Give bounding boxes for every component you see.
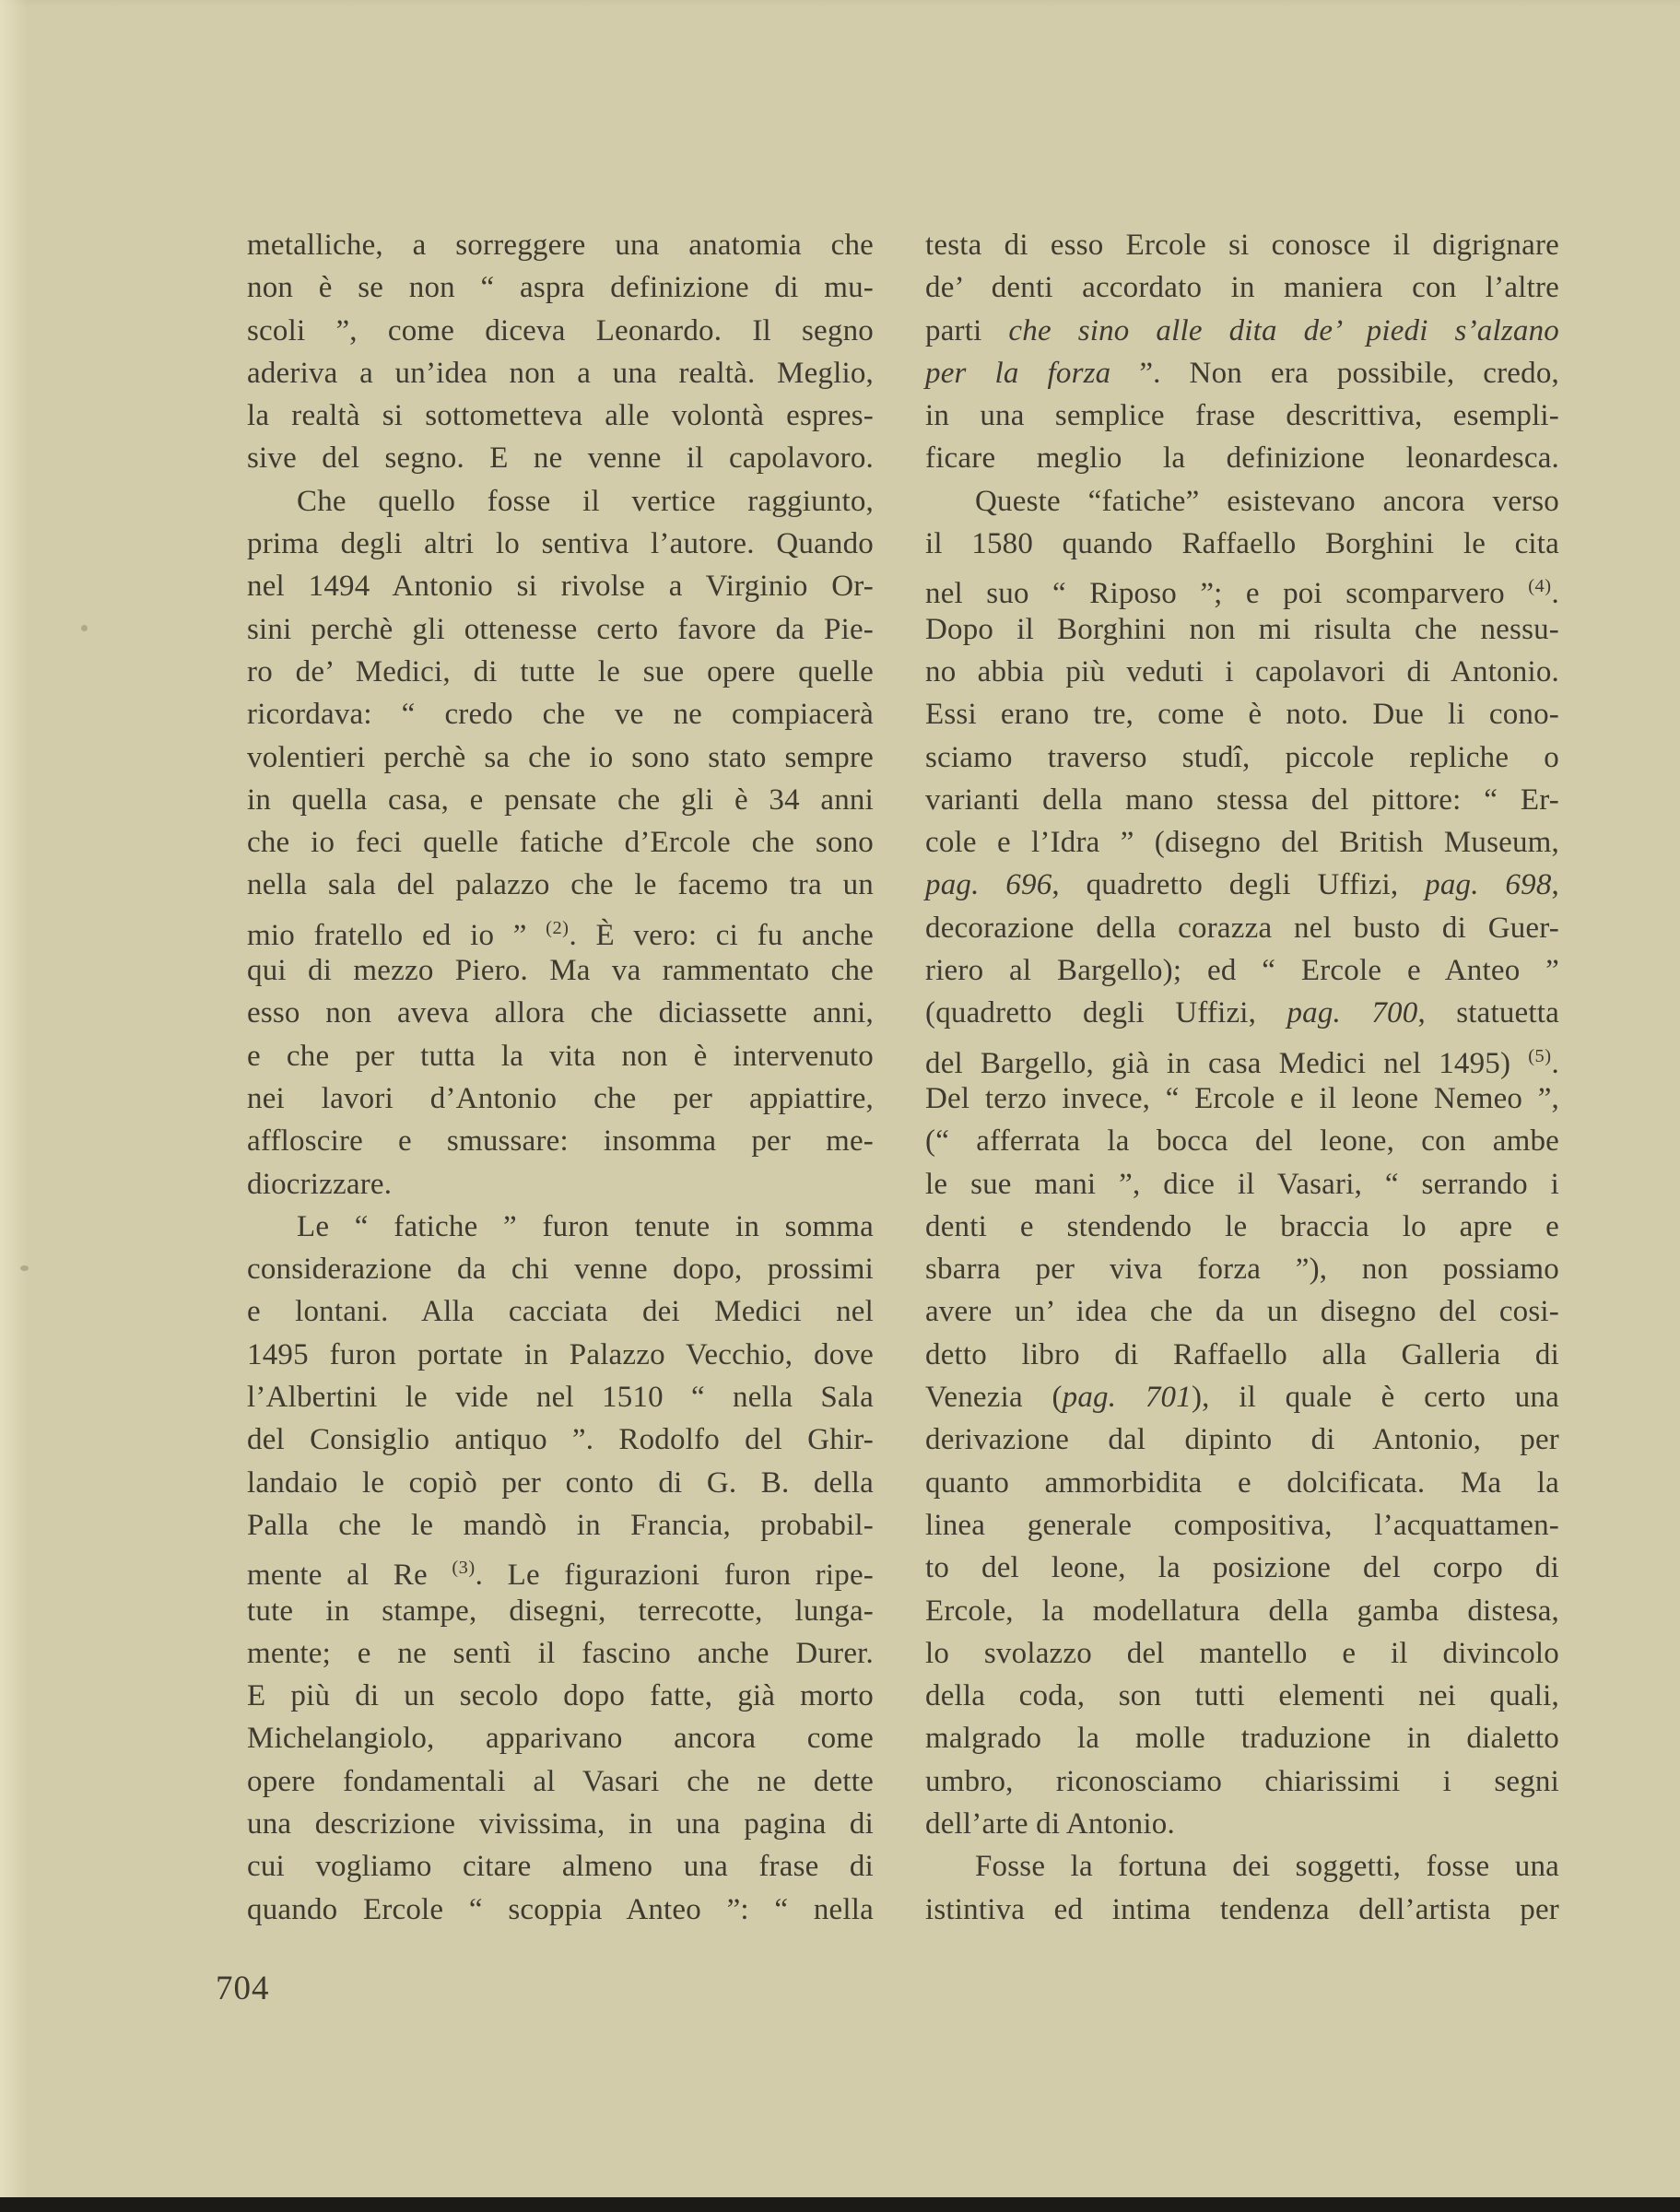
text-line: to del leone, la posizione del corpo di bbox=[925, 1547, 1559, 1589]
text-line: nella sala del palazzo che le facemo tra… bbox=[247, 864, 874, 906]
text-line: Dopo il Borghini non mi risulta che ness… bbox=[925, 608, 1559, 651]
text-line: che io feci quelle fatiche d’Ercole che … bbox=[247, 821, 874, 864]
text-line: prima degli altri lo sentiva l’autore. Q… bbox=[247, 523, 874, 565]
text-line: Del terzo invece, “ Ercole e il leone Ne… bbox=[925, 1077, 1559, 1120]
text-line: diocrizzare. bbox=[247, 1163, 874, 1206]
text-line: nel 1494 Antonio si rivolse a Virginio O… bbox=[247, 565, 874, 607]
text-line: e lontani. Alla cacciata dei Medici nel bbox=[247, 1290, 874, 1333]
text-line: mio fratello ed io ” (2). È vero: ci fu … bbox=[247, 907, 874, 949]
text-line: metalliche, a sorreggere una anatomia ch… bbox=[247, 224, 874, 266]
text-line: nei lavori d’Antonio che per appiattire, bbox=[247, 1077, 874, 1120]
text-line: Fosse la fortuna dei soggetti, fosse una bbox=[925, 1845, 1559, 1888]
book-page: metalliche, a sorreggere una anatomia ch… bbox=[0, 0, 1680, 2212]
text-line: esso non aveva allora che diciassette an… bbox=[247, 992, 874, 1034]
text-line: dell’arte di Antonio. bbox=[925, 1803, 1559, 1845]
text-line: Le “ fatiche ” furon tenute in somma bbox=[247, 1206, 874, 1248]
text-line: istintiva ed intima tendenza dell’artist… bbox=[925, 1888, 1559, 1931]
left-column: metalliche, a sorreggere una anatomia ch… bbox=[247, 224, 874, 1931]
scan-edge-bottom bbox=[0, 2197, 1680, 2212]
text-line: Che quello fosse il vertice raggiunto, bbox=[247, 480, 874, 523]
text-line: denti e stendendo le braccia lo apre e bbox=[925, 1206, 1559, 1248]
text-line: mente al Re (3). Le figurazioni furon ri… bbox=[247, 1547, 874, 1589]
text-line: testa di esso Ercole si conosce il digri… bbox=[925, 224, 1559, 266]
paper-speck bbox=[20, 1265, 29, 1271]
text-line: malgrado la molle traduzione in dialetto bbox=[925, 1717, 1559, 1759]
text-line: sini perchè gli ottenesse certo favore d… bbox=[247, 608, 874, 651]
text-line: affloscire e smussare: insomma per me- bbox=[247, 1120, 874, 1162]
text-line: (“ afferrata la bocca del leone, con amb… bbox=[925, 1120, 1559, 1162]
text-line: no abbia più veduti i capolavori di Anto… bbox=[925, 651, 1559, 693]
text-line: cui vogliamo citare almeno una frase di bbox=[247, 1845, 874, 1888]
text-line: cole e l’Idra ” (disegno del British Mus… bbox=[925, 821, 1559, 864]
text-line: della coda, son tutti elementi nei quali… bbox=[925, 1675, 1559, 1717]
text-line: linea generale compositiva, l’acquattame… bbox=[925, 1504, 1559, 1547]
text-line: e che per tutta la vita non è intervenut… bbox=[247, 1035, 874, 1077]
text-line: quanto ammorbidita e dolcificata. Ma la bbox=[925, 1462, 1559, 1504]
text-line: pag. 696, quadretto degli Uffizi, pag. 6… bbox=[925, 864, 1559, 906]
text-line: E più di un secolo dopo fatte, già morto bbox=[247, 1675, 874, 1717]
text-line: sive del segno. E ne venne il capolavoro… bbox=[247, 437, 874, 479]
text-line: Palla che le mandò in Francia, probabil- bbox=[247, 1504, 874, 1547]
text-line: ricordava: “ credo che ve ne compiacerà bbox=[247, 693, 874, 735]
text-line: ficare meglio la definizione leonardesca… bbox=[925, 437, 1559, 479]
text-line: riero al Bargello); ed “ Ercole e Anteo … bbox=[925, 949, 1559, 992]
text-line: Michelangiolo, apparivano ancora come bbox=[247, 1717, 874, 1759]
text-line: per la forza ”. Non era possibile, credo… bbox=[925, 352, 1559, 394]
text-line: 1495 furon portate in Palazzo Vecchio, d… bbox=[247, 1334, 874, 1376]
text-line: aderiva a un’idea non a una realtà. Megl… bbox=[247, 352, 874, 394]
text-line: le sue mani ”, dice il Vasari, “ serrand… bbox=[925, 1163, 1559, 1206]
text-line: la realtà si sottometteva alle volontà e… bbox=[247, 394, 874, 437]
text-line: tute in stampe, disegni, terrecotte, lun… bbox=[247, 1590, 874, 1632]
text-line: mente; e ne sentì il fascino anche Durer… bbox=[247, 1632, 874, 1675]
text-line: qui di mezzo Piero. Ma va rammentato che bbox=[247, 949, 874, 992]
text-line: sciamo traverso studî, piccole repliche … bbox=[925, 736, 1559, 779]
text-line: volentieri perchè sa che io sono stato s… bbox=[247, 736, 874, 779]
text-line: landaio le copiò per conto di G. B. dell… bbox=[247, 1462, 874, 1504]
text-line: considerazione da chi venne dopo, prossi… bbox=[247, 1248, 874, 1290]
text-line: Essi erano tre, come è noto. Due li cono… bbox=[925, 693, 1559, 735]
text-line: l’Albertini le vide nel 1510 “ nella Sal… bbox=[247, 1376, 874, 1418]
text-line: ro de’ Medici, di tutte le sue opere que… bbox=[247, 651, 874, 693]
text-line: de’ denti accordato in maniera con l’alt… bbox=[925, 266, 1559, 309]
text-line: avere un’ idea che da un disegno del cos… bbox=[925, 1290, 1559, 1333]
text-line: sbarra per viva forza ”), non possiamo bbox=[925, 1248, 1559, 1290]
text-line: in una semplice frase descrittiva, esemp… bbox=[925, 394, 1559, 437]
page-number: 704 bbox=[216, 1969, 270, 2008]
text-line: lo svolazzo del mantello e il divincolo bbox=[925, 1632, 1559, 1675]
right-column: testa di esso Ercole si conosce il digri… bbox=[925, 224, 1559, 1931]
text-line: Ercole, la modellatura della gamba diste… bbox=[925, 1590, 1559, 1632]
text-line: non è se non “ aspra definizione di mu- bbox=[247, 266, 874, 309]
paper-speck bbox=[81, 625, 88, 631]
scan-edge-top bbox=[0, 0, 1680, 7]
text-line: decorazione della corazza nel busto di G… bbox=[925, 907, 1559, 949]
text-line: opere fondamentali al Vasari che ne dett… bbox=[247, 1760, 874, 1803]
text-line: (quadretto degli Uffizi, pag. 700, statu… bbox=[925, 992, 1559, 1034]
text-line: del Consiglio antiquo ”. Rodolfo del Ghi… bbox=[247, 1418, 874, 1461]
text-line: umbro, riconosciamo chiarissimi i segni bbox=[925, 1760, 1559, 1803]
text-line: derivazione dal dipinto di Antonio, per bbox=[925, 1418, 1559, 1461]
text-line: nel suo “ Riposo ”; e poi scomparvero (4… bbox=[925, 565, 1559, 607]
text-line: in quella casa, e pensate che gli è 34 a… bbox=[247, 779, 874, 821]
text-line: Venezia (pag. 701), il quale è certo una bbox=[925, 1376, 1559, 1418]
text-line: varianti della mano stessa del pittore: … bbox=[925, 779, 1559, 821]
text-line: il 1580 quando Raffaello Borghini le cit… bbox=[925, 523, 1559, 565]
text-line: scoli ”, come diceva Leonardo. Il segno bbox=[247, 310, 874, 352]
text-line: Queste “fatiche” esistevano ancora verso bbox=[925, 480, 1559, 523]
text-line: detto libro di Raffaello alla Galleria d… bbox=[925, 1334, 1559, 1376]
scan-edge-left bbox=[0, 0, 28, 2212]
text-line: quando Ercole “ scoppia Anteo ”: “ nella bbox=[247, 1888, 874, 1931]
text-line: una descrizione vivissima, in una pagina… bbox=[247, 1803, 874, 1845]
text-line: del Bargello, già in casa Medici nel 149… bbox=[925, 1035, 1559, 1077]
text-line: parti che sino alle dita de’ piedi s’alz… bbox=[925, 310, 1559, 352]
